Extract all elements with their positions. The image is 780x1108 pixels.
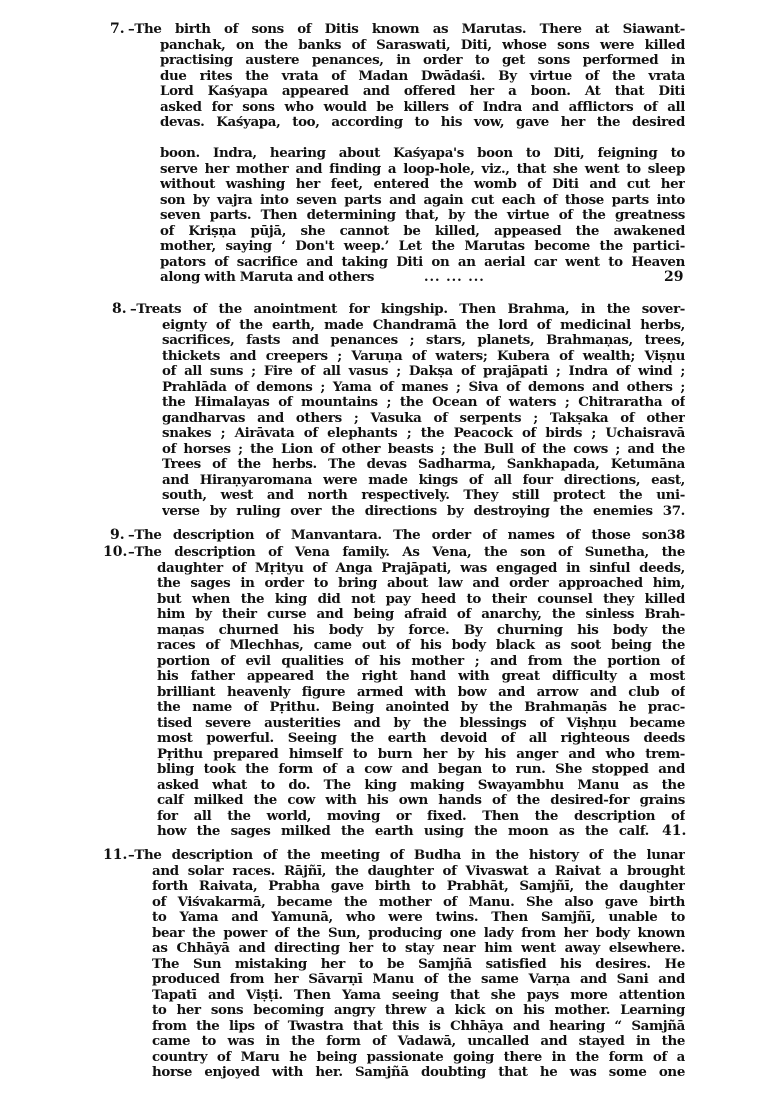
text-line: how the sages milked the earth using the… (157, 824, 649, 840)
page-reference: 29 (664, 270, 683, 286)
text-line: tised severe austerities and by the bles… (157, 716, 685, 732)
entry-number: 8. (112, 302, 127, 318)
text-line: most powerful. Seeing the earth devoid o… (157, 731, 685, 747)
text-line: –The description of the meeting of Budha… (128, 848, 685, 864)
text-line: of Viśvakarmā, became the mother of Manu… (152, 895, 685, 911)
text-line: of Kriṣṇa pūjā, she cannot be killed, ap… (160, 224, 685, 240)
text-line: –The description of Vena family. As Vena… (128, 545, 685, 561)
text-line: to Yama and Yamunā, who were twins. Then… (152, 910, 685, 926)
text-line: panchak, on the banks of Saraswati, Diti… (160, 38, 685, 54)
text-line: races of Mlechhas, came out of his body … (157, 638, 685, 654)
text-line: came to was in the form of Vadawā, uncal… (152, 1034, 685, 1050)
text-line: bear the power of the Sun, producing one… (152, 926, 685, 942)
entry-number: 7. (110, 22, 125, 38)
text-line: Lord Kaśyapa appeared and offered her a … (160, 84, 685, 100)
text-line: the name of Pṛithu. Being anointed by th… (157, 700, 685, 716)
text-line: the Himalayas of mountains ; the Ocean o… (162, 395, 685, 411)
text-line: of all suns ; Fire of all vasus ; Dakṣa … (162, 364, 685, 380)
text-line: and Hiraṇyaromana were made kings of all… (162, 473, 685, 489)
text-line: seven parts. Then determining that, by t… (160, 208, 685, 224)
text-line: gandharvas and others ; Vasuka of serpen… (162, 411, 685, 427)
text-line: brilliant heavenly figure armed with bow… (157, 685, 685, 701)
text-line: pators of sacrifice and taking Diti on a… (160, 255, 685, 271)
text-line: him by their curse and being afraid of a… (157, 607, 685, 623)
text-line: as Chhāyā and directing her to stay near… (152, 941, 685, 957)
document-page: 7. –The birth of sons of Ditis known as … (0, 0, 780, 1108)
text-line: asked for sons who would be killers of I… (160, 100, 685, 116)
page-reference: 41. (662, 824, 686, 840)
text-line: son by vajra into seven parts and again … (160, 193, 685, 209)
text-line: serve her mother and finding a loop-hole… (160, 162, 685, 178)
entry-number: 10. (103, 545, 127, 561)
text-line: eignty of the earth, made Chandramā the … (162, 318, 685, 334)
text-line: bling took the form of a cow and began t… (157, 762, 685, 778)
dot-leader: ... ... ... (424, 270, 485, 286)
text-line: along with Maruta and others (160, 270, 374, 286)
text-line: from the lips of Twastra that this is Ch… (152, 1019, 685, 1035)
text-line: forth Raivata, Prabha gave birth to Prab… (152, 879, 685, 895)
text-line: snakes ; Airāvata of elephants ; the Pea… (162, 426, 685, 442)
text-line: produced from her Sāvarṇī Manu of the sa… (152, 972, 685, 988)
text-line: and solar races. Rājñī, the daughter of … (152, 864, 685, 880)
text-line: but when the king did not pay heed to th… (157, 592, 685, 608)
text-line: –Treats of the anointment for kingship. … (130, 302, 685, 318)
text-line: –The description of Manvantara. The orde… (128, 528, 685, 544)
text-line: without washing her feet, entered the wo… (160, 177, 685, 193)
text-line: horse enjoyed with her. Samjñā doubting … (152, 1065, 685, 1081)
text-line: maṇas churned his body by force. By chur… (157, 623, 685, 639)
text-line: thickets and creepers ; Varuṇa of waters… (162, 349, 685, 365)
text-line: Pṛithu prepared himself to burn her by h… (157, 747, 685, 763)
text-line: south, west and north respectively. They… (162, 488, 685, 504)
text-line: practising austere penances, in order to… (160, 53, 685, 69)
text-line: daughter of Mṛityu of Anga Prajāpati, wa… (157, 561, 685, 577)
text-line: verse by ruling over the directions by d… (162, 504, 685, 520)
text-line: to her sons becoming angry threw a kick … (152, 1003, 685, 1019)
text-line: calf milked the cow with his own hands o… (157, 793, 685, 809)
text-line: for all the world, moving or fixed. Then… (157, 809, 685, 825)
text-line: –The birth of sons of Ditis known as Mar… (128, 22, 685, 38)
text-line: Tapatī and Viṣṭi. Then Yama seeing that … (152, 988, 685, 1004)
text-line: the sages in order to bring about law an… (157, 576, 685, 592)
text-line: mother, saying ‘ Don't weep.’ Let the Ma… (160, 239, 685, 255)
entry-number: 9. (110, 528, 125, 544)
text-line: devas. Kaśyapa, too, according to his vo… (160, 115, 685, 131)
text-line: boon. Indra, hearing about Kaśyapa's boo… (160, 146, 685, 162)
text-line: Prahlāda of demons ; Yama of manes ; Śiv… (162, 380, 685, 396)
text-line: Trees of the herbs. The devas Sadharma, … (162, 457, 685, 473)
text-line: sacrifices, fasts and penances ; stars, … (162, 333, 685, 349)
text-line: due rites the vrata of Madan Dwādaśi. By… (160, 69, 685, 85)
text-line: portion of evil qualities of his mother … (157, 654, 685, 670)
entry-number: 11. (103, 848, 127, 864)
text-line: his father appeared the right hand with … (157, 669, 685, 685)
text-line: country of Maru he being passionate goin… (152, 1050, 685, 1066)
text-line: asked what to do. The king making Swayam… (157, 778, 685, 794)
text-line: of horses ; the Lion of other beasts ; t… (162, 442, 685, 458)
text-line: The Sun mistaking her to be Samjñā satis… (152, 957, 685, 973)
